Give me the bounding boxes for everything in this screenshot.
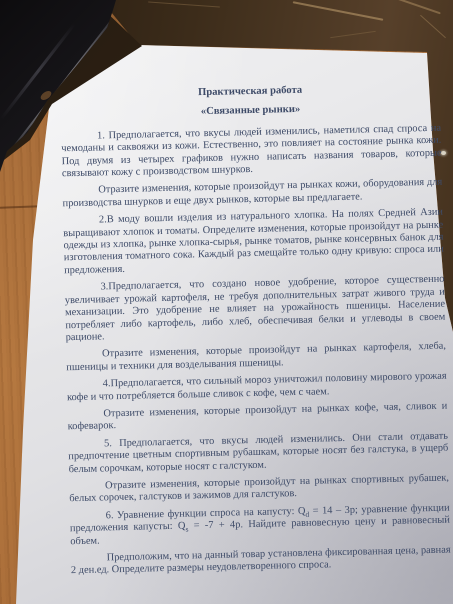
document-subtitle: «Связанные рынки»: [60, 101, 440, 122]
paragraph-task-4: 4.Предполагается, что сильный мороз унич…: [67, 371, 447, 404]
photo-scene: Практическая работа «Связанные рынки» 1.…: [0, 0, 453, 604]
desk-scratch: [385, 0, 440, 14]
paragraph-task-1-instruction: Отразите изменения, которые произойдут н…: [62, 177, 442, 210]
desk-scratch: [420, 15, 446, 38]
paragraph-task-4-instruction: Отразите изменения, которые произойдут н…: [67, 401, 447, 434]
paragraph-task-1: 1. Предполагается, что вкусы людей измен…: [61, 122, 442, 180]
paragraph-task-3-instruction: Отразите изменения, которые произойдут н…: [66, 341, 446, 374]
paragraph-task-6: 6. Уравнение функции спроса на капусту: …: [70, 502, 451, 548]
desk-reflection-dot: [441, 151, 446, 155]
paragraph-task-6-followup: Предположим, что на данный товар установ…: [71, 545, 451, 578]
desk-plank-seam: [0, 205, 40, 208]
paragraph-task-5-instruction: Отразите изменения, которые произойдут н…: [69, 473, 449, 506]
desk-scratch: [293, 1, 384, 21]
desk-scratch: [148, 1, 220, 7]
desk-scratch: [330, 31, 376, 38]
paragraph-task-3: 3.Предполагается, что создано новое удоб…: [64, 274, 445, 345]
paragraph-task-5: 5. Предполагается, что вкусы людей измен…: [68, 430, 449, 476]
document-text: Практическая работа «Связанные рынки» 1.…: [60, 82, 451, 583]
paragraph-task-2: 2.В моду вошли изделия из натурального х…: [63, 207, 444, 278]
